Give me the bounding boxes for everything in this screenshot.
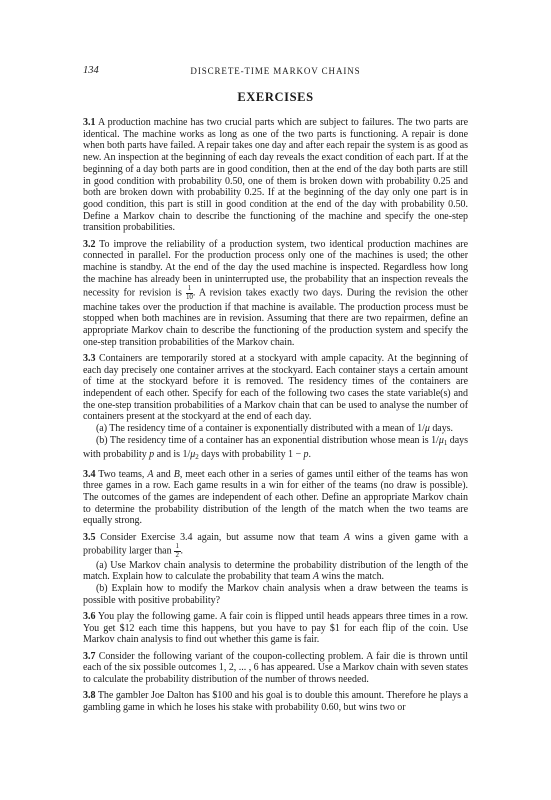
text-run: (a) The residency time of a container is… [96,423,425,434]
text-run: (a) Use Markov chain analysis to determi… [83,560,468,583]
text-run: days. [430,423,453,434]
exercise-number: 3.7 [83,651,95,662]
running-head: DISCRETE-TIME MARKOV CHAINS [83,66,468,76]
exercise-number: 3.2 [83,239,95,250]
exercise-3.3-paragraph-2: (b) The residency time of a container ha… [83,435,468,464]
text-run: (b) Explain how to modify the Markov cha… [83,583,468,606]
text-run: Two teams, [95,469,147,480]
exercise-number: 3.8 [83,690,95,701]
text-run: (b) The residency time of a container ha… [96,435,439,446]
text-run: and [153,469,173,480]
exercise-3.3-paragraph-0: 3.3 Containers are temporarily stored at… [83,353,468,423]
text-run: Containers are temporarily stored at a s… [83,353,468,423]
exercise-3.6-paragraph-0: 3.6 You play the following game. A fair … [83,611,468,646]
text-run: wins the match. [319,571,384,582]
exercise-number: 3.4 [83,469,95,480]
exercise-3.5-paragraph-2: (b) Explain how to modify the Markov cha… [83,583,468,606]
text-run: Consider the following variant of the co… [83,651,468,685]
exercise-3.3-paragraph-1: (a) The residency time of a container is… [83,423,468,435]
exercise-number: 3.1 [83,117,95,128]
exercise-3.8-paragraph-0: 3.8 The gambler Joe Dalton has $100 and … [83,690,468,713]
inline-fraction: 110 [186,285,193,301]
exercises-list: 3.1 A production machine has two crucial… [83,117,468,714]
text-run: You play the following game. A fair coin… [83,611,468,645]
exercise-3.5-paragraph-0: 3.5 Consider Exercise 3.4 again, but ass… [83,532,468,560]
text-run: days with probability 1 − [199,449,304,460]
exercise-3.2-paragraph-0: 3.2 To improve the reliability of a prod… [83,239,468,349]
text-run: . [181,546,183,557]
text-run: and is 1/ [154,449,190,460]
exercise-3.4-paragraph-0: 3.4 Two teams, A and B, meet each other … [83,469,468,528]
text-run: A production machine has two crucial par… [83,117,468,233]
exercise-3.7-paragraph-0: 3.7 Consider the following variant of th… [83,651,468,686]
exercise-number: 3.5 [83,532,95,543]
exercise-3.5-paragraph-1: (a) Use Markov chain analysis to determi… [83,560,468,583]
text-column: 134 DISCRETE-TIME MARKOV CHAINS EXERCISE… [83,65,468,714]
exercise-number: 3.3 [83,353,95,364]
text-run: . [309,449,311,460]
section-title: EXERCISES [83,90,468,105]
book-page: 134 DISCRETE-TIME MARKOV CHAINS EXERCISE… [0,0,551,800]
fraction-denominator: 10 [186,294,193,302]
text-run: The gambler Joe Dalton has $100 and his … [83,690,468,713]
page-header: 134 DISCRETE-TIME MARKOV CHAINS [83,65,468,79]
exercise-number: 3.6 [83,611,95,622]
exercise-3.1-paragraph-0: 3.1 A production machine has two crucial… [83,117,468,234]
text-run: Consider Exercise 3.4 again, but assume … [95,532,343,543]
